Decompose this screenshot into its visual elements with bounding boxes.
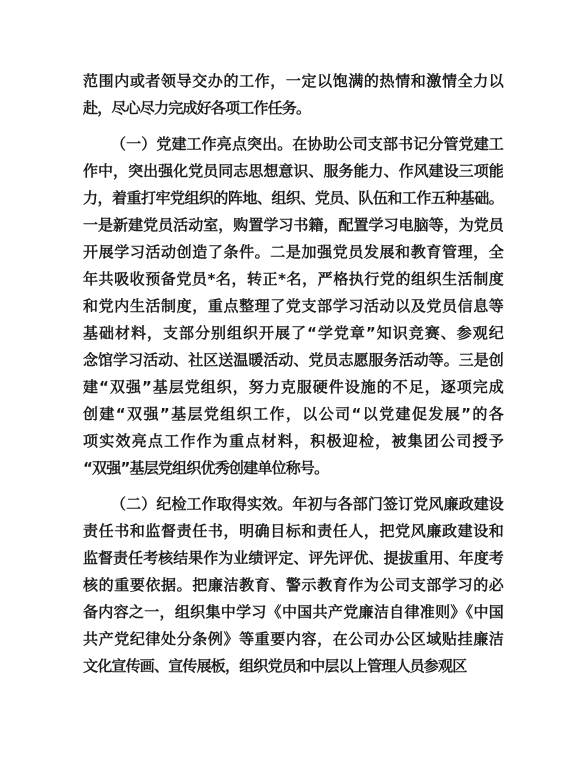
text-line: “双强”基层党组织优秀创建单位称号。 bbox=[83, 455, 503, 482]
paragraph: （一）党建工作亮点突出。在协助公司支部书记分管党建工作中，突出强化党员同志思想意… bbox=[83, 131, 503, 482]
text-line: 建“双强”基层党组织，努力克服硬件设施的不足，逐项完成 bbox=[83, 374, 503, 401]
text-line: （一）党建工作亮点突出。在协助公司支部书记分管党建工 bbox=[83, 131, 503, 158]
text-line: 监督责任考核结果作为业绩评定、评先评优、提拔重用、年度考 bbox=[83, 545, 503, 572]
text-line: 基础材料，支部分别组织开展了“学党章”知识竞赛、参观纪 bbox=[83, 320, 503, 347]
text-line: 一是新建党员活动室，购置学习书籍，配置学习电脑等，为党员 bbox=[83, 212, 503, 239]
text-line: 开展学习活动创造了条件。二是加强党员发展和教育管理，全 bbox=[83, 239, 503, 266]
text-line: 共产党纪律处分条例》等重要内容，在公司办公区域贴挂廉洁 bbox=[83, 626, 503, 653]
text-line: 作中，突出强化党员同志思想意识、服务能力、作风建设三项能 bbox=[83, 158, 503, 185]
text-line: 备内容之一，组织集中学习《中国共产党廉洁自律准则》《中国 bbox=[83, 599, 503, 626]
text-line: 和党内生活制度，重点整理了党支部学习活动以及党员信息等 bbox=[83, 293, 503, 320]
text-line: 范围内或者领导交办的工作，一定以饱满的热情和激情全力以 bbox=[83, 68, 503, 95]
text-line: 核的重要依据。把廉洁教育、警示教育作为公司支部学习的必 bbox=[83, 572, 503, 599]
text-line: 念馆学习活动、社区送温暖活动、党员志愿服务活动等。三是创 bbox=[83, 347, 503, 374]
paragraph: （二）纪检工作取得实效。年初与各部门签订党风廉政建设责任书和监督责任书，明确目标… bbox=[83, 491, 503, 680]
text-line: 责任书和监督责任书，明确目标和责任人，把党风廉政建设和 bbox=[83, 518, 503, 545]
text-line: 文化宣传画、宣传展板，组织党员和中层以上管理人员参观区 bbox=[83, 653, 503, 680]
text-line: （二）纪检工作取得实效。年初与各部门签订党风廉政建设 bbox=[83, 491, 503, 518]
text-line: 项实效亮点工作作为重点材料，积极迎检，被集团公司授予 bbox=[83, 428, 503, 455]
paragraph: 范围内或者领导交办的工作，一定以饱满的热情和激情全力以赴，尽心尽力完成好各项工作… bbox=[83, 68, 503, 122]
text-line: 赴，尽心尽力完成好各项工作任务。 bbox=[83, 95, 503, 122]
text-line: 创建“双强”基层党组织工作，以公司“以党建促发展”的各 bbox=[83, 401, 503, 428]
text-line: 力，着重打牢党组织的阵地、组织、党员、队伍和工作五种基础。 bbox=[83, 185, 503, 212]
document-page: 范围内或者领导交办的工作，一定以饱满的热情和激情全力以赴，尽心尽力完成好各项工作… bbox=[0, 0, 586, 759]
text-line: 年共吸收预备党员*名，转正*名，严格执行党的组织生活制度 bbox=[83, 266, 503, 293]
document-body: 范围内或者领导交办的工作，一定以饱满的热情和激情全力以赴，尽心尽力完成好各项工作… bbox=[83, 68, 503, 680]
